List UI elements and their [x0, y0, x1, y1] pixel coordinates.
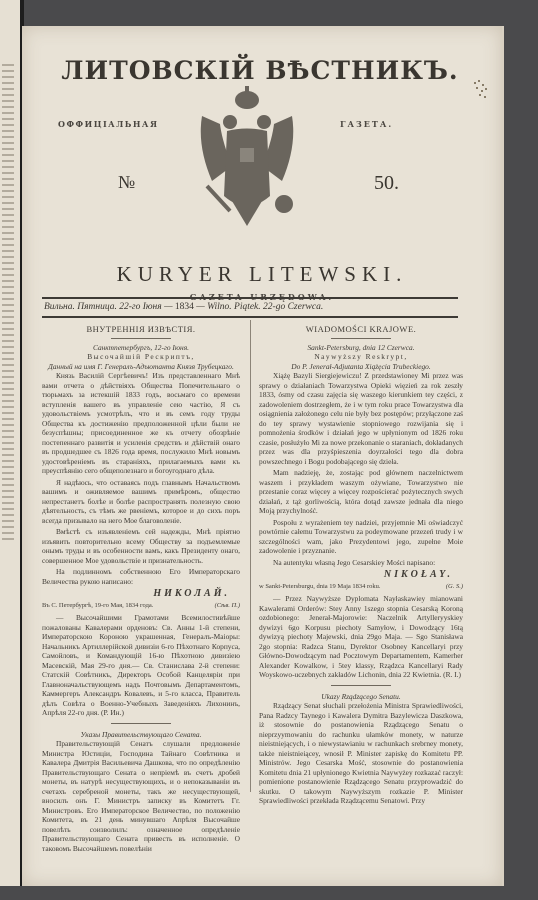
signed-place-text: Въ С. Петербургѣ, 19-го Мая, 1834 года. — [42, 602, 153, 610]
awards-paragraph: — Przez Naywyższe Dyplomata Nayłaskawiey… — [259, 594, 463, 680]
column-russian: ВНУТРЕННІЯ ИЗВѢСТІЯ. Санктпетербургъ, 12… — [42, 323, 240, 855]
masthead-subtitle-left: ОФФИЦІАЛЬНАЯ — [58, 119, 159, 129]
rescript-title: Naywyższy Reskrypt, — [259, 352, 463, 362]
signed-place: w Sankt-Petersburgu, dnia 19 Maja 1834 r… — [259, 583, 463, 591]
paragraph: Князь Василій Сергѣевичъ! Изъ представле… — [42, 371, 240, 476]
separator — [331, 685, 391, 686]
senate-paragraph: Rządzący Senat słuchali przełożenia Mini… — [259, 701, 463, 806]
paragraph: Mam nadzieję, że, zostając pod głównem n… — [259, 468, 463, 516]
previous-page-edge — [0, 0, 20, 900]
heading-rule — [331, 338, 391, 339]
section-heading: ВНУТРЕННІЯ ИЗВѢСТІЯ. — [42, 325, 240, 335]
senate-heading: Ukazy Rządzącego Senatu. — [259, 692, 463, 702]
paragraph: Na autentyku własną Jego Cesarskiey Mośc… — [259, 558, 463, 568]
dateline: Вильна. Пятница. 22-го Іюня — 1834 — Wil… — [44, 302, 460, 312]
paragraph: Вмѣстѣ съ изъявленіемъ сей надежды, Мнѣ … — [42, 527, 240, 565]
paragraph: На подлинномъ собственною Его Императорс… — [42, 567, 240, 586]
signed-place: Въ С. Петербургѣ, 19-го Мая, 1834 года. … — [42, 602, 240, 610]
signed-source: (G. S.) — [446, 583, 463, 591]
background-strip — [0, 886, 538, 900]
signature: NIKOŁAY. — [259, 570, 453, 580]
awards-paragraph: — Высочайшими Грамотами Всемилостивѣйше … — [42, 613, 240, 718]
rescript-addressee: Данный на имя Г. Генералъ-Адъютанта Княз… — [42, 362, 240, 372]
signed-place-text: w Sankt-Petersburgu, dnia 19 Maja 1834 r… — [259, 583, 381, 591]
rescript-addressee: Do P. Jenerał-Adjutanta Xiążęcia Trubeck… — [259, 362, 463, 372]
senate-heading: Указы Правительствующаго Сената. — [42, 730, 240, 740]
dateline-russian: Вильна. Пятница. 22-го Іюня — [44, 302, 162, 312]
dateline-year: 1834 — [175, 302, 194, 312]
newspaper-page: ЛИТОВСКІЙ ВѢСТНИКЪ. ОФФИЦІАЛЬНАЯ ГАЗЕТА.… — [22, 26, 502, 886]
signature: НИКОЛАЙ. — [42, 589, 230, 599]
column-polish: WIADOMOŚCI KRAJOWE. Sankt-Petersburg, dn… — [259, 323, 463, 808]
rule-top — [42, 297, 458, 299]
place-date: Sankt-Petersburg, dnia 12 Czerwca. — [259, 343, 463, 353]
place-date: Санктпетербургъ, 12-го Іюня. — [42, 343, 240, 353]
signed-source: (Сѣв. П.) — [215, 602, 240, 610]
heading-rule — [111, 338, 171, 339]
column-divider — [250, 320, 251, 792]
paragraph: Pospołu z wyrażeniem tey nadziei, przyje… — [259, 518, 463, 556]
rescript-title: Высочайшій Рескриптъ, — [42, 352, 240, 362]
senate-paragraph: Правительствующій Сенатъ слушали предлож… — [42, 739, 240, 853]
section-heading: WIADOMOŚCI KRAJOWE. — [259, 325, 463, 335]
masthead-title-polish: KURYER LITEWSKI. — [62, 262, 462, 287]
issue-number-label: № — [118, 172, 135, 193]
separator — [111, 723, 171, 724]
dateline-polish: Wilno. Piątek. 22-go Czerwca. — [207, 302, 323, 312]
rule-bottom — [42, 316, 458, 318]
double-headed-eagle-icon — [192, 86, 302, 236]
paragraph: Я надѣюсь, что оставаясь подъ главнымъ Н… — [42, 478, 240, 526]
issue-number: 50. — [374, 172, 399, 195]
masthead-subtitle-right: ГАЗЕТА. — [340, 119, 393, 129]
paragraph: Xiążę Bazyli Siergiejewiczu! Z przedstaw… — [259, 371, 463, 466]
masthead-title-russian: ЛИТОВСКІЙ ВѢСТНИКЪ. — [40, 56, 480, 85]
